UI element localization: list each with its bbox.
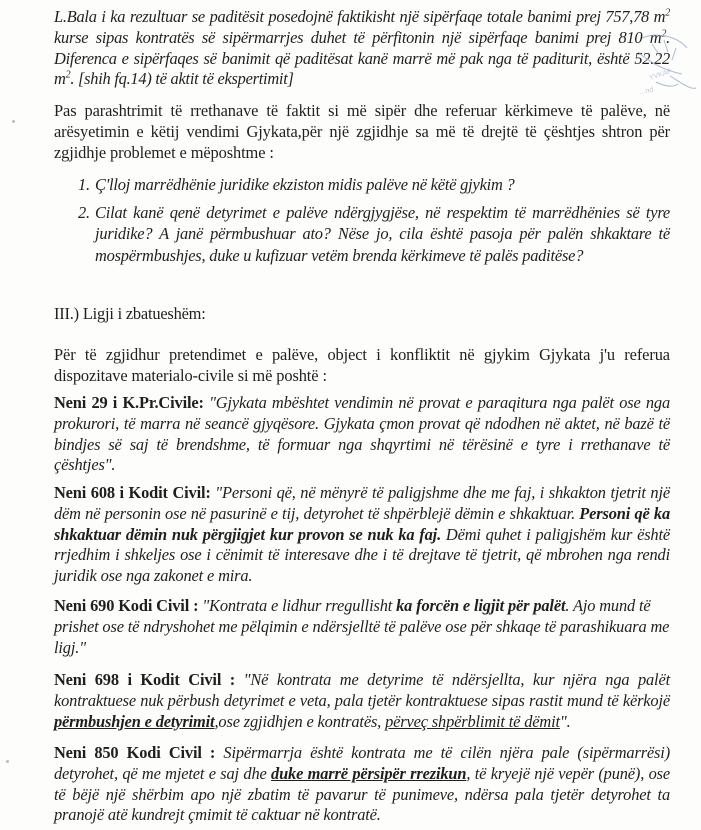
lead-line-4: . [shih fq.14) të aktit të ekspertimit] [70, 69, 293, 88]
article-label: Neni 698 i Kodit Civil : [54, 670, 235, 689]
article-emphasis-underlined: përmbushjen e detyrimit [54, 712, 214, 731]
question-number: 1. [78, 174, 95, 196]
article-label: Neni 690 Kodi Civil : [54, 596, 198, 615]
lead-line-2: kurse sipas kontratës së sipërmarrjes du… [54, 28, 661, 47]
lead-unit: m [654, 7, 666, 26]
scan-artifact [12, 120, 15, 123]
questions-list: 1. Ç'lloj marrëdhënie juridike ekziston … [78, 174, 670, 272]
list-item: 1. Ç'lloj marrëdhënie juridike ekziston … [78, 174, 670, 196]
article-emphasis-underlined: duke marrë përsipër rrezikun [271, 764, 466, 783]
article-neni-690: Neni 690 Kodi Civil : "Kontrata e lidhur… [54, 596, 670, 658]
article-text: ". [560, 712, 571, 731]
superscript-2: 2 [665, 8, 670, 19]
question-number: 2. [78, 202, 95, 267]
article-label: Neni 608 i Kodit Civil: [54, 483, 211, 502]
list-item: 2. Cilat kanë qenë detyrimet e palëve nd… [78, 202, 670, 267]
lead-paragraph: L.Bala i ka rezultuar se paditësit posed… [54, 7, 670, 90]
section-intro-paragraph: Për të zgjidhur pretendimet e palëve, ob… [54, 345, 670, 387]
article-neni-29: Neni 29 i K.Pr.Civile: "Gjykata mbështet… [54, 393, 670, 476]
article-neni-850: Neni 850 Kodi Civil : Sipërmarrja është … [54, 743, 670, 826]
section-heading: III.) Ligji i zbatueshëm: [54, 304, 670, 325]
lead-line-1: L.Bala i ka rezultuar se paditësit posed… [54, 7, 649, 26]
intro-text: Pas parashtrimit të rrethanave të faktit… [54, 101, 670, 163]
article-text: ,ose zgjidhjen e kontratës, [214, 712, 385, 731]
article-text: "Kontrata e lidhur rregullisht [198, 596, 396, 615]
article-neni-698: Neni 698 i Kodit Civil : "Në kontrata me… [54, 670, 670, 732]
question-text: Ç'lloj marrëdhënie juridike ekziston mid… [95, 174, 670, 196]
section-intro-text: Për të zgjidhur pretendimet e palëve, ob… [54, 345, 670, 387]
section-heading-text: III.) Ligji i zbatueshëm: [54, 304, 670, 325]
intro-paragraph: Pas parashtrimit të rrethanave të faktit… [54, 101, 670, 163]
question-text: Cilat kanë qenë detyrimet e palëve ndërg… [95, 202, 670, 267]
article-emphasis: ka forcën e ligjit për palët [396, 596, 565, 615]
article-label: Neni 850 Kodi Civil : [54, 743, 215, 762]
article-underlined: përveç shpërblimit të dëmit [385, 712, 560, 731]
article-neni-608: Neni 608 i Kodit Civil: "Personi që, në … [54, 483, 670, 587]
scan-artifact [6, 760, 9, 763]
article-label: Neni 29 i K.Pr.Civile: [54, 393, 204, 412]
scanned-document-page: L.Bala i ka rezultuar se paditësit posed… [0, 0, 701, 830]
